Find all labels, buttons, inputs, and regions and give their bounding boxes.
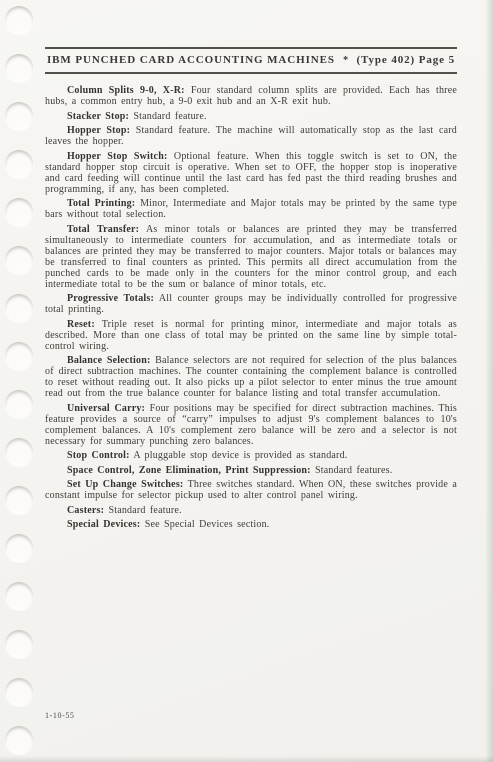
paragraph-text: Standard features. bbox=[311, 465, 393, 476]
scanned-manual-page: IBM PUNCHED CARD ACCOUNTING MACHINES * (… bbox=[0, 0, 493, 762]
paragraph: Progressive Totals: All counter groups m… bbox=[45, 293, 457, 315]
paragraph-label: Space Control, Zone Elimination, Print S… bbox=[67, 465, 311, 476]
paragraph-label: Stacker Stop: bbox=[67, 111, 129, 122]
binder-hole bbox=[5, 246, 33, 274]
page-edge-shadow-right bbox=[485, 0, 493, 762]
paragraph-label: Hopper Stop: bbox=[67, 125, 130, 136]
paragraph: Total Transfer: As minor totals or balan… bbox=[45, 224, 457, 290]
binder-hole bbox=[5, 486, 33, 514]
paragraph-label: Total Printing: bbox=[67, 198, 135, 209]
body-text: Column Splits 9-0, X-R: Four standard co… bbox=[45, 85, 457, 534]
footer-date-code: 1-10-55 bbox=[45, 711, 75, 720]
paragraph: Set Up Change Switches: Three switches s… bbox=[45, 479, 457, 501]
paragraph: Space Control, Zone Elimination, Print S… bbox=[45, 465, 457, 476]
paragraph: Special Devices: See Special Devices sec… bbox=[45, 519, 457, 530]
paragraph-label: Universal Carry: bbox=[67, 403, 145, 414]
binder-hole bbox=[5, 390, 33, 418]
paragraph: Universal Carry: Four positions may be s… bbox=[45, 403, 457, 447]
paragraph-label: Casters: bbox=[67, 505, 104, 516]
paragraph-label: Total Transfer: bbox=[67, 224, 139, 235]
paragraph-label: Reset: bbox=[67, 319, 95, 330]
paragraph-text: Standard feature. bbox=[104, 505, 182, 516]
paragraph-label: Hopper Stop Switch: bbox=[67, 151, 168, 162]
paragraph-label: Balance Selection: bbox=[67, 355, 151, 366]
paragraph-label: Set Up Change Switches: bbox=[67, 479, 183, 490]
binder-hole bbox=[5, 294, 33, 322]
header-asterisk: * bbox=[339, 55, 352, 66]
binder-hole bbox=[5, 534, 33, 562]
binder-hole bbox=[5, 150, 33, 178]
binder-hole bbox=[5, 342, 33, 370]
paragraph-label: Stop Control: bbox=[67, 450, 130, 461]
binder-hole bbox=[5, 6, 33, 34]
paragraph: Casters: Standard feature. bbox=[45, 505, 457, 516]
binder-hole bbox=[5, 198, 33, 226]
binder-hole bbox=[5, 726, 33, 754]
binder-hole bbox=[5, 54, 33, 82]
paragraph: Hopper Stop Switch: Optional feature. Wh… bbox=[45, 151, 457, 195]
binder-hole bbox=[5, 438, 33, 466]
paragraph-label: Special Devices: bbox=[67, 519, 140, 530]
header-title: IBM PUNCHED CARD ACCOUNTING MACHINES bbox=[47, 54, 335, 66]
paragraph: Reset: Triple reset is normal for printi… bbox=[45, 319, 457, 352]
paragraph: Column Splits 9-0, X-R: Four standard co… bbox=[45, 85, 457, 107]
paragraph-text: Standard feature. bbox=[129, 111, 207, 122]
paragraph: Stacker Stop: Standard feature. bbox=[45, 111, 457, 122]
binder-hole bbox=[5, 678, 33, 706]
binder-hole bbox=[5, 630, 33, 658]
paragraph: Hopper Stop: Standard feature. The machi… bbox=[45, 125, 457, 147]
binder-hole bbox=[5, 102, 33, 130]
binder-hole bbox=[5, 582, 33, 610]
paragraph-label: Column Splits 9-0, X-R: bbox=[67, 85, 185, 96]
paragraph: Total Printing: Minor, Intermediate and … bbox=[45, 198, 457, 220]
paragraph: Balance Selection: Balance selectors are… bbox=[45, 355, 457, 399]
page-header: IBM PUNCHED CARD ACCOUNTING MACHINES * (… bbox=[45, 47, 457, 74]
paragraph-text: See Special Devices section. bbox=[140, 519, 269, 530]
page-edge-shadow-bottom bbox=[0, 756, 493, 762]
paragraph-text: A pluggable stop device is provided as s… bbox=[130, 450, 348, 461]
header-page-number: (Type 402) Page 5 bbox=[356, 54, 455, 66]
paragraph-label: Progressive Totals: bbox=[67, 293, 154, 304]
paragraph: Stop Control: A pluggable stop device is… bbox=[45, 450, 457, 461]
paragraph-text: Triple reset is normal for printing mino… bbox=[45, 319, 457, 352]
